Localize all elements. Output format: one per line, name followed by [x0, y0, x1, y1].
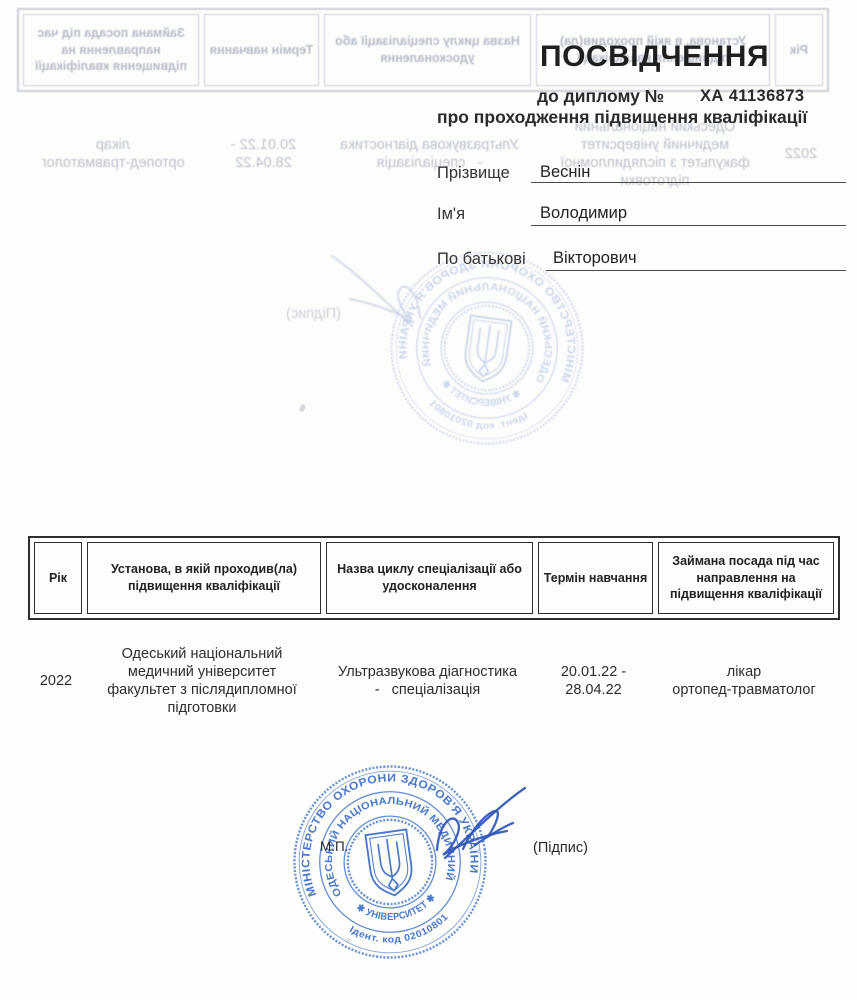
header-year: Рік — [34, 542, 82, 614]
cell-position: лікар ортопед-травматолог — [656, 663, 832, 699]
ghost-cell-position: лікар ортопед-травматолог — [25, 136, 201, 172]
signature-label: (Підпис) — [533, 840, 588, 856]
surname-value: Веснін — [540, 163, 590, 182]
document-title: ПОСВІДЧЕННЯ — [540, 40, 769, 74]
header-position: Займана посада під час направлення на пі… — [658, 542, 834, 614]
svg-text:ОДЕСЬКИЙ НАЦІОНАЛЬНИЙ МЕДИЧНИЙ: ОДЕСЬКИЙ НАЦІОНАЛЬНИЙ МЕДИЧНИЙ — [417, 273, 561, 386]
ghost-header-term: Термін навчання — [204, 14, 319, 86]
cell-cycle: Ультразвукова діагностика - спеціалізаці… — [324, 663, 531, 699]
patronymic-underline — [546, 270, 846, 271]
surname-underline — [531, 182, 846, 183]
table-row: 2022 Одеський національний медичний унів… — [28, 641, 840, 721]
signature-ink — [415, 765, 645, 875]
trident-shield — [365, 829, 415, 898]
diploma-number-label: до диплому № — [537, 86, 664, 107]
firstname-underline — [531, 225, 846, 226]
patronymic-value: Вікторович — [553, 249, 637, 268]
ghost-header-position: Займана посада під час направлення на пі… — [23, 14, 199, 86]
document-subtitle: про проходження підвищення кваліфікації — [437, 107, 807, 128]
certificate-page: Рік Установа, в якій проходив(ла) підвищ… — [0, 0, 857, 1000]
header-cycle: Назва циклу спеціалізації або удосконале… — [326, 542, 533, 614]
stamp-place-label: М.П. — [320, 839, 348, 854]
ghost-header-cycle: Назва циклу спеціалізації або удосконале… — [324, 14, 531, 86]
ghost-trident-shield — [462, 315, 512, 384]
ghost-signature — [212, 233, 442, 343]
diploma-number-value: ХА 41136873 — [700, 87, 804, 106]
ghost-table-row: 2022 Одеський національний медичний унів… — [17, 118, 829, 191]
qualification-table-header: Рік Установа, в якій проходив(ла) підвищ… — [28, 536, 840, 620]
ghost-cell-year: 2022 — [777, 145, 825, 163]
firstname-label: Ім'я — [437, 205, 465, 224]
header-term: Термін навчання — [538, 542, 653, 614]
header-institution: Установа, в якій проходив(ла) підвищення… — [87, 542, 321, 614]
ghost-signature-label: (Підпис) — [286, 306, 341, 322]
ghost-header-year: Рік — [775, 14, 823, 86]
cell-term: 20.01.22 - 28.04.22 — [536, 663, 651, 699]
svg-text:Ідент. код 02010801: Ідент. код 02010801 — [423, 396, 530, 438]
cell-institution: Одеський національний медичний університ… — [85, 645, 319, 718]
scan-speck — [299, 403, 307, 412]
ghost-cell-term: 20.01.22 - 28.04.22 — [206, 136, 321, 172]
svg-text:✱ УНІВЕРСИТЕТ ✱: ✱ УНІВЕРСИТЕТ ✱ — [353, 891, 441, 928]
firstname-value: Володимир — [540, 204, 627, 223]
surname-label: Прізвище — [437, 164, 510, 183]
cell-year: 2022 — [32, 672, 80, 690]
scan-speck — [345, 938, 351, 942]
svg-text:✱ УНІВЕРСИТЕТ ✱: ✱ УНІВЕРСИТЕТ ✱ — [436, 377, 524, 414]
patronymic-label: По батькові — [437, 250, 526, 269]
